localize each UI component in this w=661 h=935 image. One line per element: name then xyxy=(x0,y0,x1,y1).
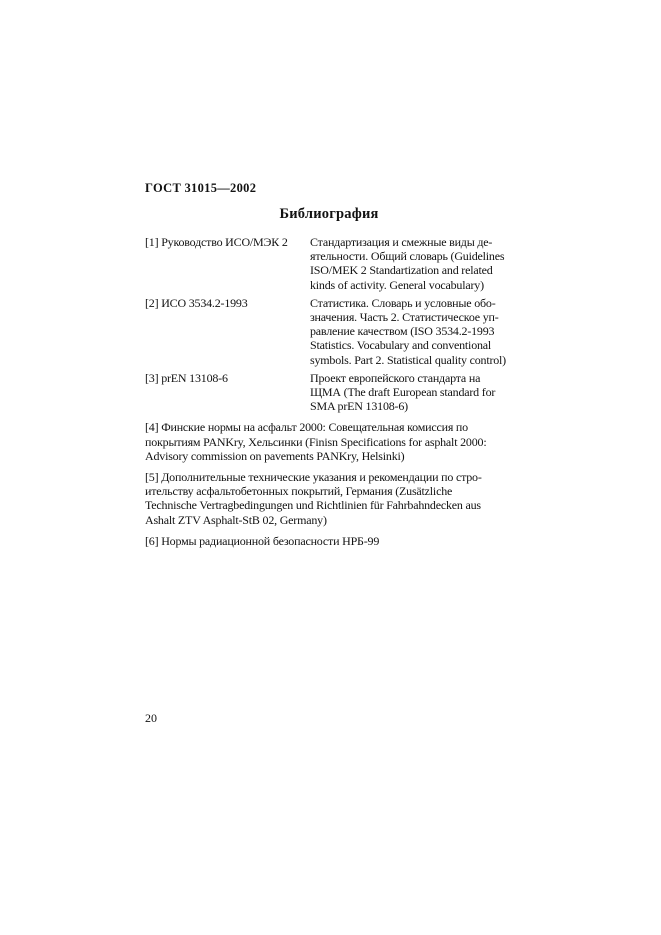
bibliography-entry-3: [3] prEN 13108-6 Проект европейского ста… xyxy=(145,371,513,414)
document-page: ГОСТ 31015—2002 Библиография [1] Руковод… xyxy=(0,0,661,935)
page-number: 20 xyxy=(145,711,157,725)
bibliography-entry-1: [1] Руководство ИСО/МЭК 2 Стандартизация… xyxy=(145,235,513,292)
entry-description: Стандартизация и смежные виды де- ятельн… xyxy=(310,235,504,292)
entry-label: [1] Руководство ИСО/МЭК 2 xyxy=(145,235,310,249)
entry-description: Проект европейского стандарта на ЩМА (Th… xyxy=(310,371,495,414)
bibliography-paragraph-5: [5] Дополнительные технические указания … xyxy=(145,470,513,527)
entry-label: [3] prEN 13108-6 xyxy=(145,371,310,385)
doc-number-header: ГОСТ 31015—2002 xyxy=(145,181,513,195)
page-title: Библиография xyxy=(145,206,513,222)
entry-label: [2] ИСО 3534.2-1993 xyxy=(145,296,310,310)
bibliography-paragraph-4: [4] Финские нормы на асфальт 2000: Совещ… xyxy=(145,420,513,463)
bibliography-paragraph-6: [6] Нормы радиационной безопасности НРБ-… xyxy=(145,534,513,548)
bibliography-entry-2: [2] ИСО 3534.2-1993 Статистика. Словарь … xyxy=(145,296,513,367)
page-content: ГОСТ 31015—2002 Библиография [1] Руковод… xyxy=(145,181,513,548)
entry-description: Статистика. Словарь и условные обо- знач… xyxy=(310,296,506,367)
